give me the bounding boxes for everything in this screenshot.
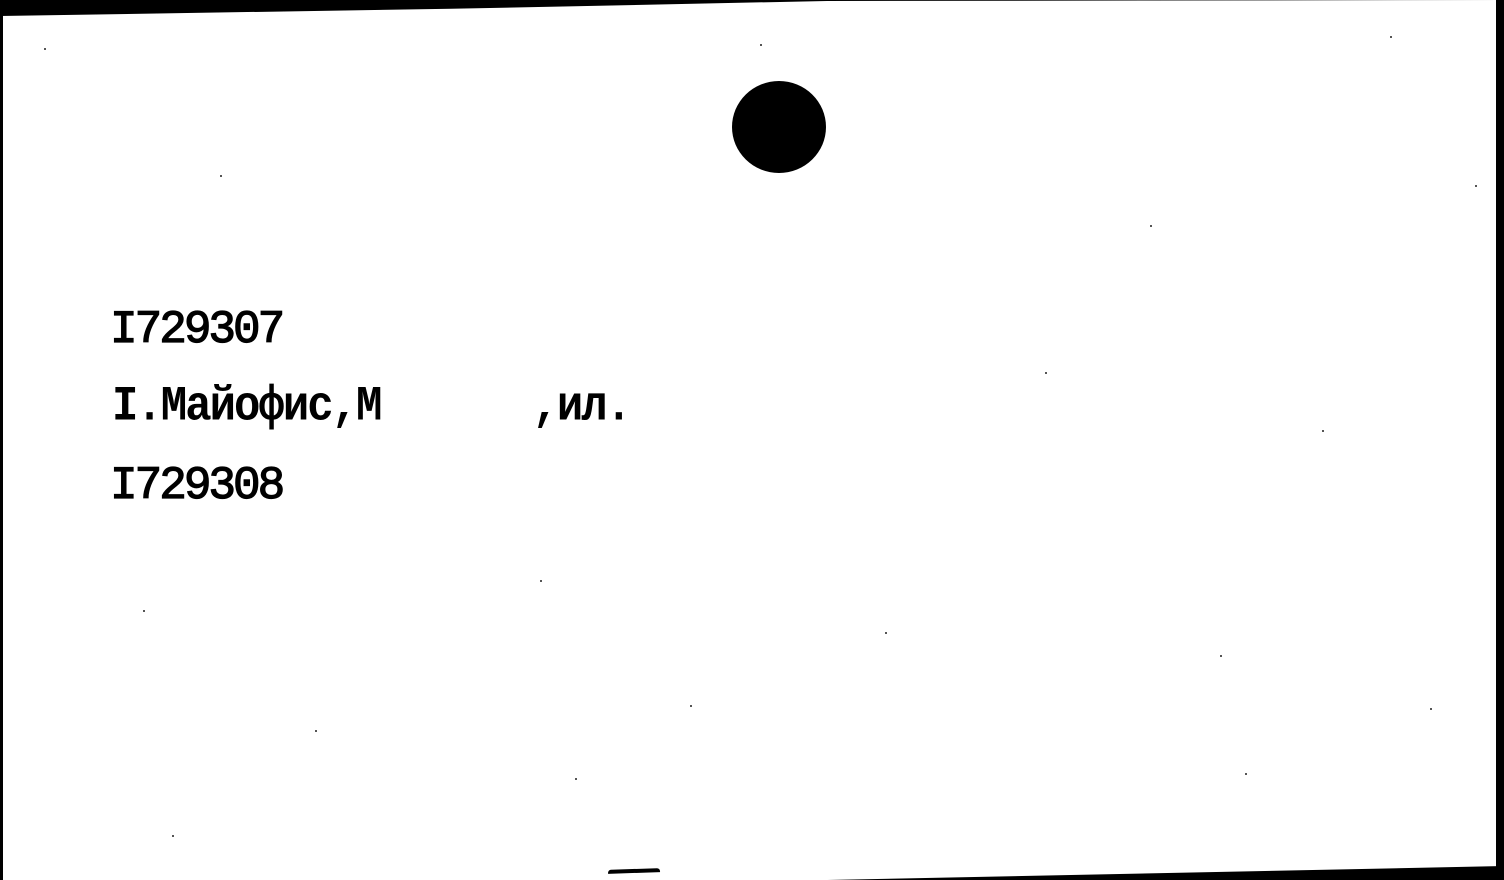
inventory-number: I729307: [110, 304, 282, 356]
scan-speck: [143, 610, 145, 612]
catalog-card: I729307 I729308 I.Майофис,М,ил.: [0, 0, 1504, 880]
catalog-entry: I.Майофис,М,ил.: [112, 376, 630, 439]
scan-speck: [540, 580, 542, 582]
author-name: I.Майофис,М: [112, 379, 380, 435]
scan-border-bottom: [0, 866, 1504, 880]
scan-speck: [220, 175, 222, 177]
scan-speck: [1245, 773, 1247, 775]
scan-speck: [575, 778, 577, 780]
entry-suffix: ,ил.: [532, 379, 630, 435]
scan-speck: [1150, 225, 1152, 227]
scan-speck: [885, 632, 887, 634]
scan-speck: [1045, 372, 1047, 374]
scan-border-top: [0, 0, 1504, 16]
scan-speck: [1322, 430, 1324, 432]
stray-ink-mark: [608, 868, 660, 874]
scan-speck: [1220, 655, 1222, 657]
scan-speck: [1390, 36, 1392, 38]
scan-border-left: [0, 0, 3, 880]
scan-speck: [315, 730, 317, 732]
scan-speck: [760, 44, 762, 46]
punch-hole-icon: [732, 81, 826, 173]
scan-speck: [172, 835, 174, 837]
scan-speck: [1475, 185, 1477, 187]
inventory-number: I729308: [110, 460, 282, 512]
scan-speck: [1430, 708, 1432, 710]
scan-border-right: [1496, 0, 1504, 880]
scan-speck: [690, 705, 692, 707]
scan-speck: [44, 48, 46, 50]
